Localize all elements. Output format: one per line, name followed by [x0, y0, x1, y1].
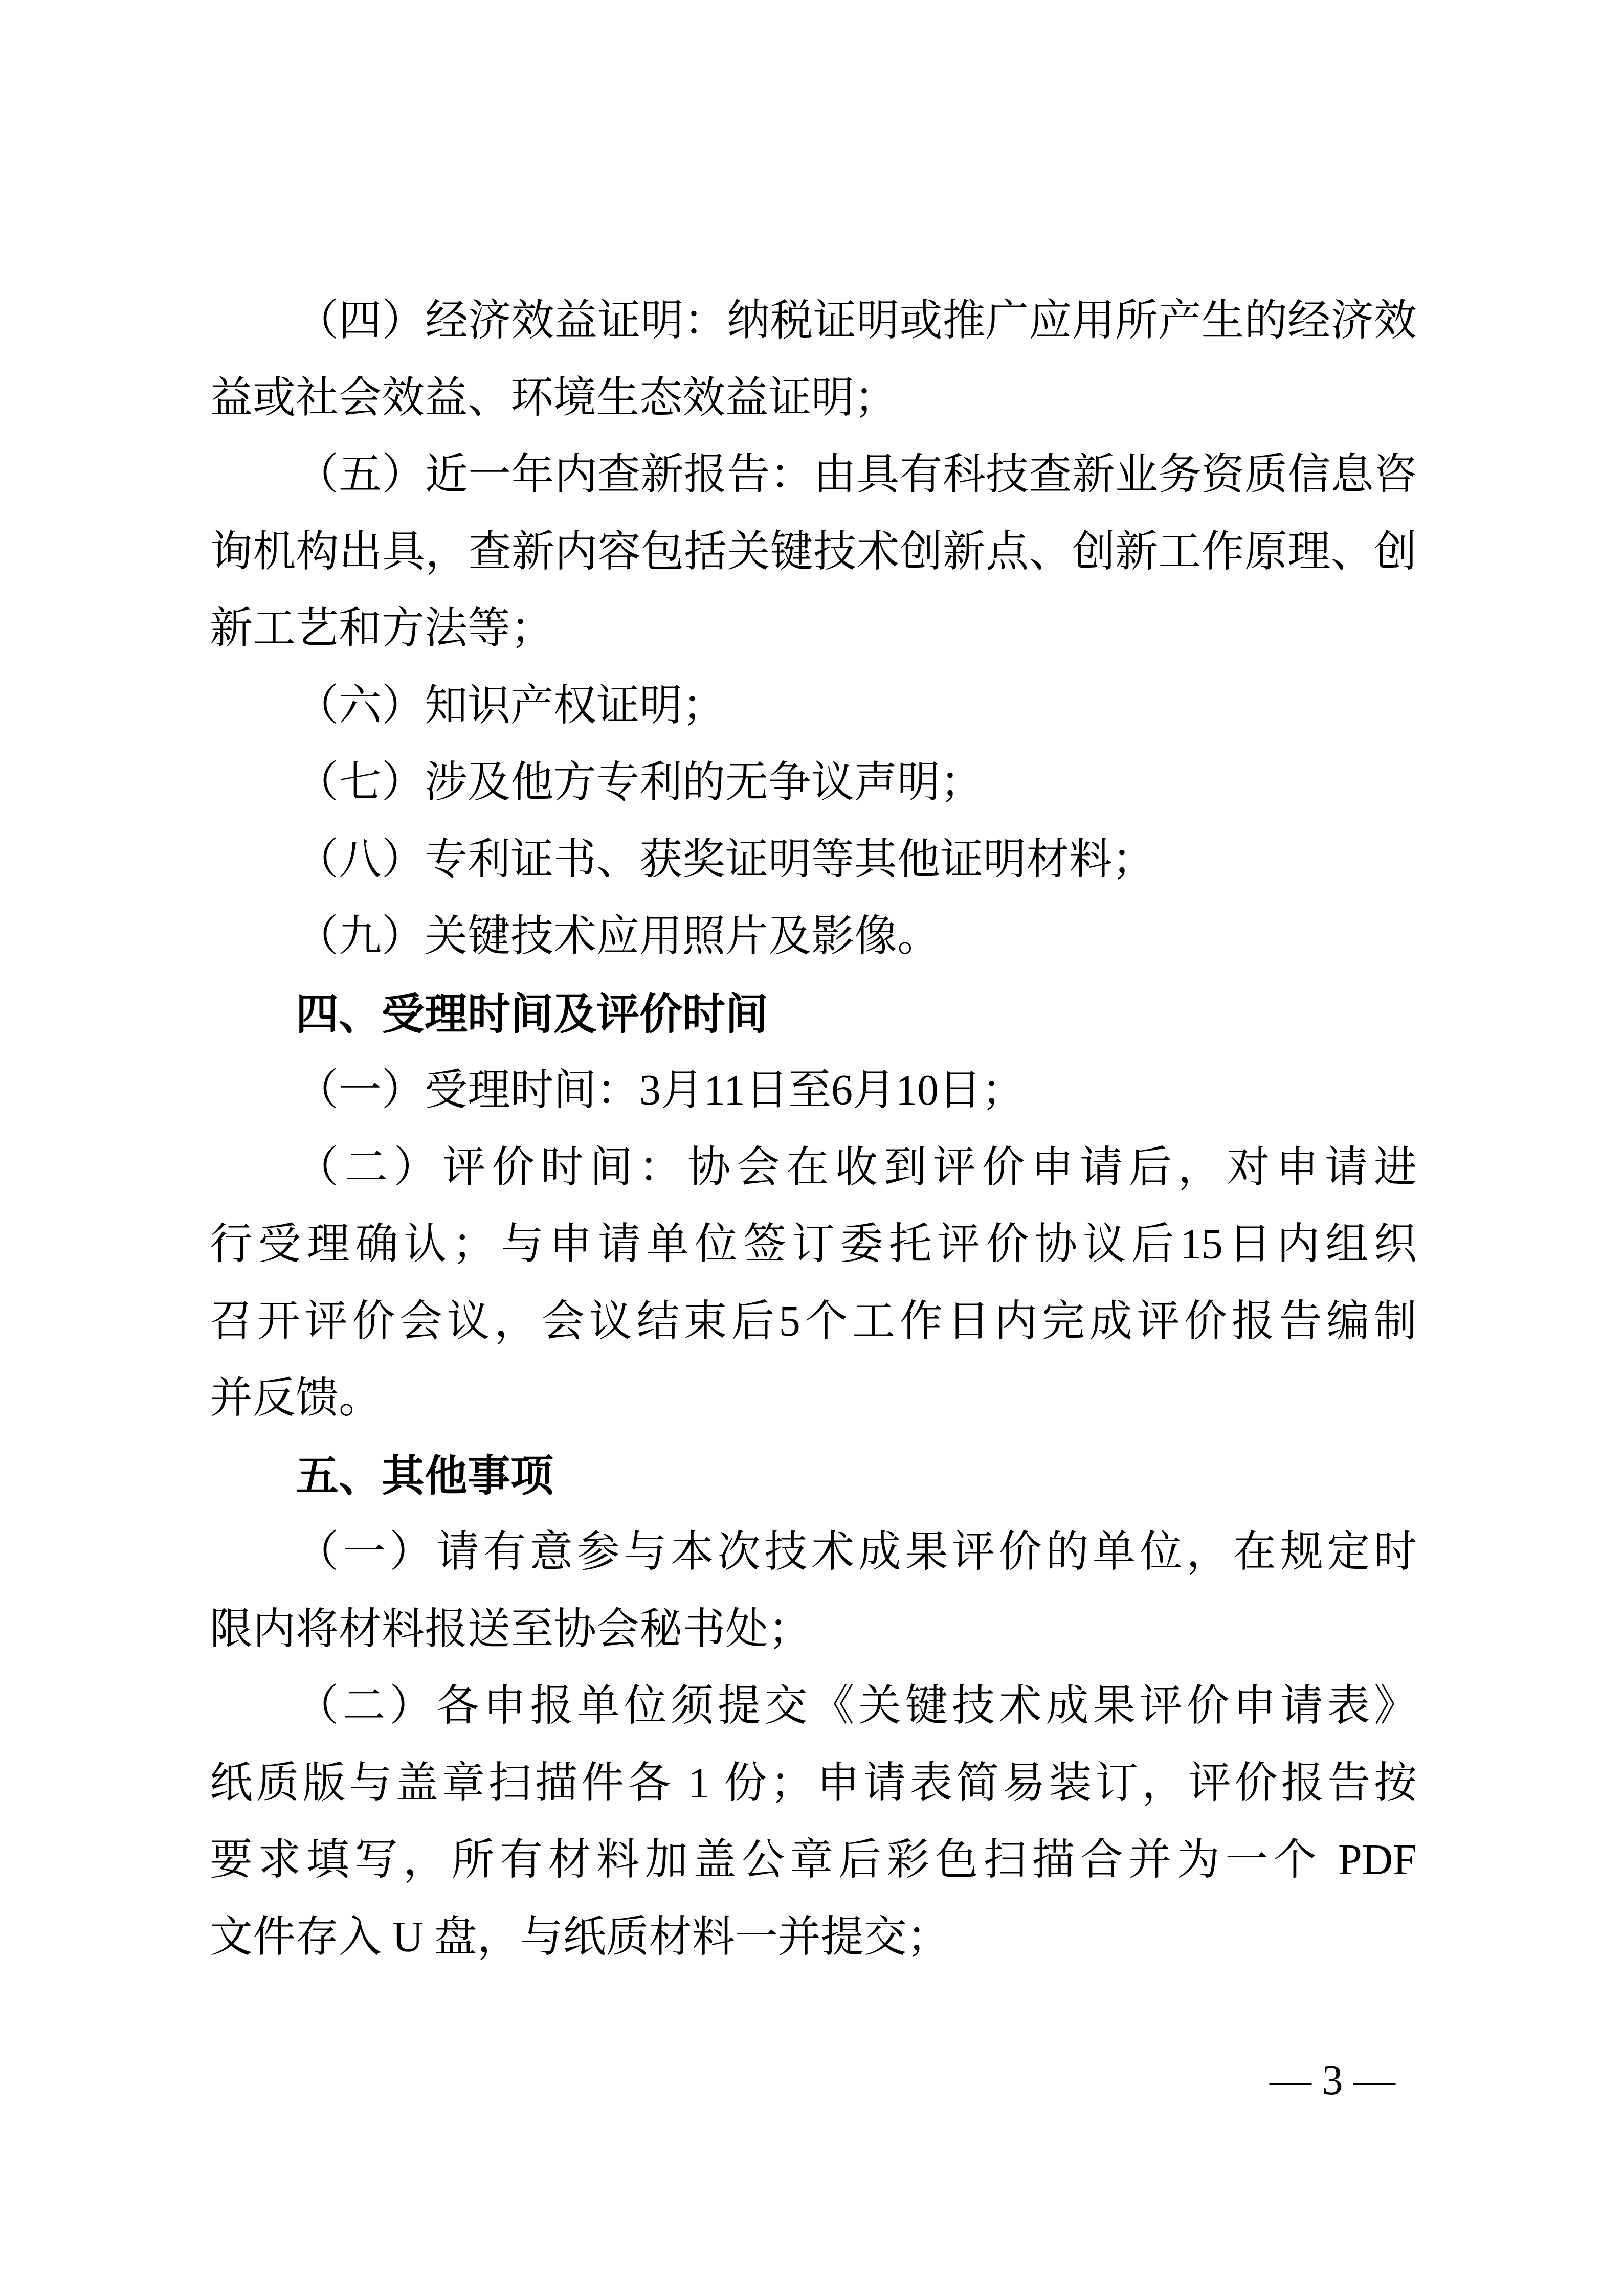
- text-line: （一）受理时间：3月11日至6月10日；: [210, 1052, 1417, 1130]
- text-line: 行受理确认；与申请单位签订委托评价协议后15日内组织: [210, 1206, 1417, 1284]
- text-line: （一）请有意参与本次技术成果评价的单位，在规定时: [210, 1514, 1417, 1591]
- section-heading: 四、受理时间及评价时间: [210, 976, 1417, 1053]
- text-line: 要求填写，所有材料加盖公章后彩色扫描合并为一个 PDF: [210, 1822, 1417, 1899]
- section-heading: 五、其他事项: [210, 1437, 1417, 1515]
- document-body: （四）经济效益证明：纳税证明或推广应用所产生的经济效 益或社会效益、环境生态效益…: [210, 283, 1417, 1976]
- text-line: （二）各申报单位须提交《关键技术成果评价申请表》: [210, 1668, 1417, 1745]
- text-line: 纸质版与盖章扫描件各 1 份；申请表简易装订，评价报告按: [210, 1745, 1417, 1822]
- text-line: （二）评价时间：协会在收到评价申请后，对申请进: [210, 1130, 1417, 1207]
- text-line: 限内将材料报送至协会秘书处；: [210, 1591, 1417, 1669]
- text-line: 并反馈。: [210, 1360, 1417, 1437]
- text-line: 益或社会效益、环境生态效益证明；: [210, 360, 1417, 437]
- text-line: （五）近一年内查新报告：由具有科技查新业务资质信息咨: [210, 437, 1417, 514]
- document-page: （四）经济效益证明：纳税证明或推广应用所产生的经济效 益或社会效益、环境生态效益…: [0, 0, 1624, 2296]
- page-number: — 3 —: [1248, 2048, 1417, 2112]
- text-line: 召开评价会议，会议结束后5个工作日内完成评价报告编制: [210, 1284, 1417, 1361]
- text-line: （八）专利证书、获奖证明等其他证明材料；: [210, 822, 1417, 899]
- text-line: （七）涉及他方专利的无争议声明；: [210, 745, 1417, 822]
- text-line: 文件存入 U 盘，与纸质材料一并提交；: [210, 1899, 1417, 1976]
- text-line: （六）知识产权证明；: [210, 668, 1417, 745]
- text-line: （九）关键技术应用照片及影像。: [210, 898, 1417, 976]
- text-line: 新工艺和方法等；: [210, 591, 1417, 668]
- text-line: 询机构出具，查新内容包括关键技术创新点、创新工作原理、创: [210, 514, 1417, 591]
- text-line: （四）经济效益证明：纳税证明或推广应用所产生的经济效: [210, 283, 1417, 360]
